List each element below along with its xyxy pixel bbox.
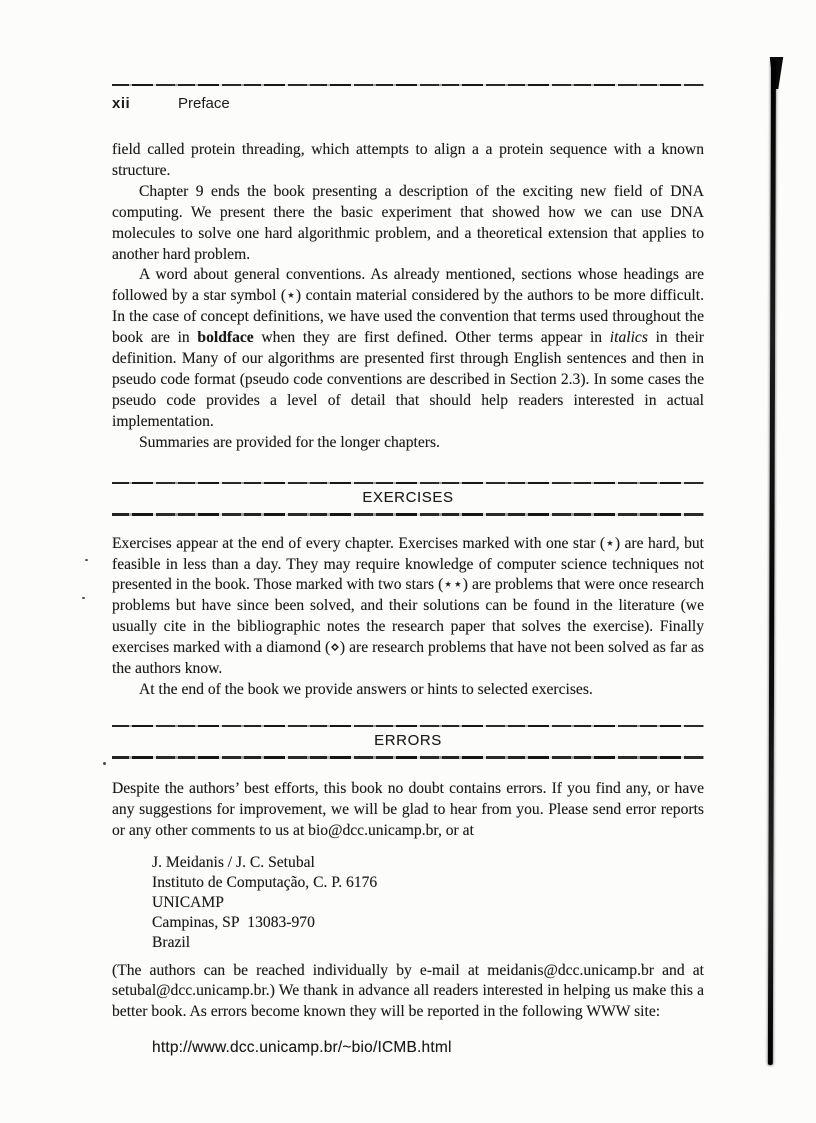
paragraph-chapter-9: Chapter 9 ends the book presenting a des… [112,182,704,266]
running-head-rule [112,84,704,86]
errata-website-url: http://www.dcc.unicamp.br/~bio/ICMB.html [152,1038,704,1059]
scan-binding-artifact [768,60,776,1065]
paragraph-individual-emails: (The authors can be reached individually… [112,961,704,1024]
scan-speck [103,762,106,765]
errors-heading: ERRORS [112,727,704,756]
scan-speck [82,597,85,599]
address-line-institute: Instituto de Computação, C. P. 6176 [152,873,704,893]
paragraph-conventions: A word about general conventions. As alr… [112,265,704,432]
scanned-book-page: xii Preface field called protein threadi… [0,0,816,1123]
paragraph-protein-threading: field called protein threading, which at… [112,140,704,182]
exercises-rule-bottom [112,513,704,516]
address-line-authors: J. Meidanis / J. C. Setubal [152,853,704,873]
exercises-heading-block: EXERCISES [112,482,704,516]
paragraph-answers-hints: At the end of the book we provide answer… [112,680,704,701]
paragraph-error-reports: Despite the authors’ best efforts, this … [112,779,704,842]
page-number: xii [112,94,178,114]
page-content-column: xii Preface field called protein threadi… [112,84,704,1059]
contact-address-block: J. Meidanis / J. C. Setubal Instituto de… [152,853,704,953]
paragraph-exercises-marking: Exercises appear at the end of every cha… [112,534,704,680]
body-text: field called protein threading, which at… [112,140,704,1059]
errors-heading-block: ERRORS [112,725,704,759]
running-head: xii Preface [112,94,704,114]
errors-rule-bottom [112,756,704,759]
scan-speck [85,559,88,561]
address-line-city: Campinas, SP 13083-970 [152,913,704,933]
paragraph-summaries: Summaries are provided for the longer ch… [112,433,704,454]
address-line-country: Brazil [152,933,704,953]
running-head-title: Preface [178,94,230,114]
exercises-heading: EXERCISES [112,484,704,513]
address-line-university: UNICAMP [152,893,704,913]
